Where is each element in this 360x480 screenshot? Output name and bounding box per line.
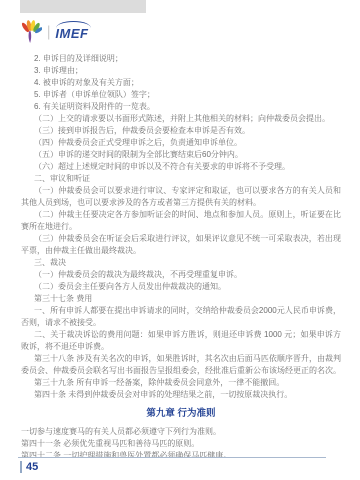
logo-separator: | (47, 24, 50, 39)
paragraph: 第三十七条 费用 (21, 293, 341, 305)
document-body: 2. 申诉目的及详细说明；3. 申诉理由；4. 被申诉的对象及有关方面；5. 申… (21, 53, 341, 457)
paragraph: （三）仲裁委员会在听证会后采取进行评议，如果评议意见不统一可采取表决，若出现平票… (21, 233, 341, 257)
paragraph: （一）仲裁委员会可以要求进行审议、专家评定和取证，也可以要求各方的有关人员和其他… (21, 185, 341, 209)
page-number: 45 (20, 461, 38, 473)
paragraph: 三、裁决 (21, 257, 341, 269)
paragraph: 二、审议和听证 (21, 173, 341, 185)
logo-brand-text: IMEF (55, 26, 88, 41)
paragraph: 5. 申诉者（申诉单位领队）签字； (21, 89, 341, 101)
paragraph: （三）接到申诉报告后，仲裁委员会要检查本申诉是否有效。 (21, 125, 341, 137)
footer-divider (18, 457, 326, 458)
paragraph: （一）仲裁委员会的裁决为最终裁决，不再受理重复申诉。 (21, 269, 341, 281)
paragraph: （二）委员会主任要向各方人员发出仲裁裁决的通知。 (21, 281, 341, 293)
top-gray-strip (20, 0, 146, 13)
paragraph: 6. 有关证明资料及附件的一览表。 (21, 101, 341, 113)
logo-arc-swoosh (56, 21, 91, 28)
paragraph: 第四十一条 必须优先重视马匹和善待马匹的原则。 (21, 438, 341, 450)
paragraph: 一、所有申诉人都要在提出申诉请求的同时，交纳给仲裁委员会2000元人民币申诉费，… (21, 305, 341, 329)
paragraph: 第四十二条 一切护理措施和兽医处置都必须确保马匹健康。 (21, 450, 341, 457)
paragraph: 第四十条 未得到仲裁委员会对申诉的处理结果之前，一切按原裁决执行。 (21, 389, 341, 401)
paragraph: 3. 申诉理由； (21, 65, 341, 77)
imef-logo: | IMEF (20, 20, 88, 44)
paragraph: （二）上交的请求要以书面形式陈述，并附上其他相关的材料；向仲裁委员会提出。 (21, 113, 341, 125)
paragraph: 第三十八条 涉及有关名次的申诉，如果胜诉时，其名次由后面马匹依顺序晋升，由裁判委… (21, 353, 341, 377)
paragraph: 一切参与速度赛马的有关人员都必须遵守下列行为准则。 (21, 426, 341, 438)
paragraph: （五）申诉的递交时间的限制为全部比赛结束后60分钟内。 (21, 149, 341, 161)
paragraph: 二、关于裁决诉讼的费用问题：如果申诉方胜诉，则退还申诉费 1000 元；如果申诉… (21, 329, 341, 353)
paragraph: 4. 被申诉的对象及有关方面； (21, 77, 341, 89)
logo-wordmark: IMEF (55, 22, 88, 43)
paragraph: （六）超过上述规定时间的申诉以及不符合有关要求的申诉将不予受理。 (21, 161, 341, 173)
paragraph: （二）仲裁主任要决定各方参加听证会的时间、地点和参加人员。原则上，听证要在比赛所… (21, 209, 341, 233)
paragraph: 2. 申诉目的及详细说明； (21, 53, 341, 65)
chapter-heading: 第九章 行为准则 (21, 408, 341, 420)
imef-rainbow-emblem-icon (20, 20, 42, 44)
paragraph: 第三十九条 所有申诉一经备案，除仲裁委员会同意外，一律不能撤回。 (21, 377, 341, 389)
paragraph: （四）仲裁委员会正式受理申诉之后，负责通知申诉单位。 (21, 137, 341, 149)
